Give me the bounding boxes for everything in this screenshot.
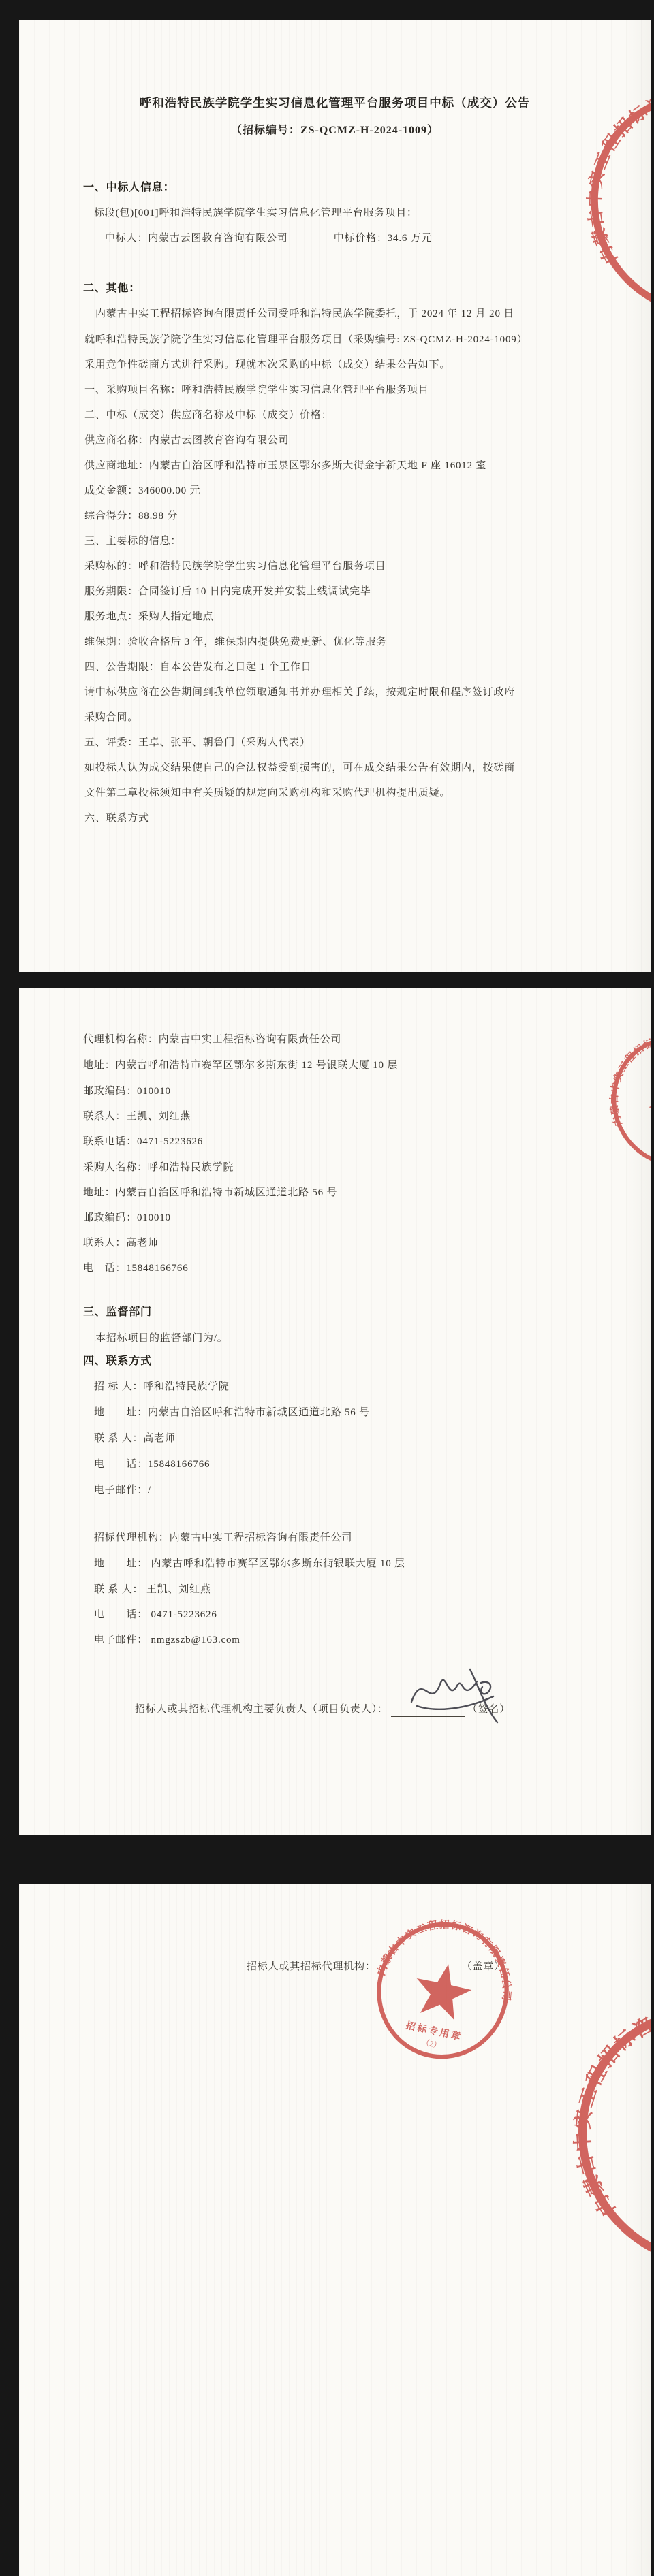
agent-email-line: 电子邮件： nmgzszb@163.com bbox=[94, 1634, 240, 1647]
seal-blank bbox=[379, 1963, 459, 1974]
purchaser-address-line: 地址：内蒙古自治区呼和浩特市新城区通道北路 56 号 bbox=[83, 1187, 337, 1200]
purchaser-contact-line: 联系人：高老师 bbox=[83, 1237, 159, 1251]
supplier-address-line: 供应商地址：内蒙古自治区呼和浩特市玉泉区鄂尔多斯大街金宇新天地 F 座 1601… bbox=[84, 460, 486, 473]
signature-label: 招标人或其招标代理机构主要负责人（项目负责人）： bbox=[135, 1704, 388, 1715]
winner-price: 中标价格：34.6 万元 bbox=[334, 233, 433, 244]
tenderee-email-line: 电子邮件：/ bbox=[94, 1484, 151, 1498]
seal-line: 招标人或其招标代理机构：（盖章） bbox=[247, 1961, 505, 1974]
procurement-target-line: 采购标的：呼和浩特民族学院学生实习信息化管理平台服务项目 bbox=[84, 560, 386, 574]
announcement-title: 呼和浩特民族学院学生实习信息化管理平台服务项目中标（成交）公告 bbox=[19, 94, 651, 111]
agency-contact-line: 联系人：王凯、刘红燕 bbox=[83, 1110, 191, 1124]
agency-address-line: 地址：内蒙古呼和浩特市赛罕区鄂尔多斯东街 12 号银联大厦 10 层 bbox=[83, 1059, 398, 1073]
agent-address-line: 地 址： 内蒙古呼和浩特市赛罕区鄂尔多斯东街银联大厦 10 层 bbox=[94, 1558, 405, 1571]
agent-contact-line: 联 系 人： 王凯、刘红燕 bbox=[94, 1583, 211, 1597]
intro-paragraph-line3: 采用竞争性磋商方式进行采购。现就本次采购的中标（成交）结果公告如下。 bbox=[84, 359, 450, 372]
intro-paragraph-line1: 内蒙古中实工程招标咨询有限责任公司受呼和浩特民族学院委托，于 2024 年 12… bbox=[95, 308, 514, 321]
project-name-line: 一、采购项目名称：呼和浩特民族学院学生实习信息化管理平台服务项目 bbox=[84, 384, 429, 398]
edge-stamp-page1 bbox=[535, 37, 651, 371]
seal-suffix: （盖章） bbox=[462, 1961, 505, 1972]
intro-paragraph-line2: 就呼和浩特民族学院学生实习信息化管理平台服务项目（采购编号: ZS-QCMZ-H… bbox=[84, 334, 527, 347]
winner-name: 中标人：内蒙古云图教育咨询有限公司 bbox=[105, 233, 288, 244]
tender-number-subtitle: （招标编号：ZS-QCMZ-H-2024-1009） bbox=[19, 121, 651, 137]
contact-info-heading: 四、联系方式 bbox=[83, 1355, 152, 1369]
composite-score-line: 综合得分：88.98 分 bbox=[84, 510, 178, 524]
notice-line1: 请中标供应商在公告期间到我单位领取通知书并办理相关手续，按规定时限和程序签订政府 bbox=[84, 686, 515, 700]
signature-scribble bbox=[402, 1662, 511, 1727]
seal-label: 招标人或其招标代理机构： bbox=[247, 1961, 376, 1972]
supervision-dept-heading: 三、监督部门 bbox=[83, 1306, 152, 1320]
section-winner-info-heading: 一、中标人信息： bbox=[83, 181, 174, 195]
document-page-1: 呼和浩特民族学院学生实习信息化管理平台服务项目中标（成交）公告 （招标编号：ZS… bbox=[19, 20, 651, 972]
scanned-announcement-document: { "doc": { "title": "呼和浩特民族学院学生实习信息化管理平台… bbox=[0, 0, 654, 2576]
purchaser-zip-line: 邮政编码：010010 bbox=[83, 1212, 171, 1225]
purchaser-phone-line: 电 话：15848166766 bbox=[83, 1262, 189, 1276]
agency-phone-line: 联系电话：0471-5223626 bbox=[83, 1136, 203, 1149]
contact-heading-line: 六、联系方式 bbox=[84, 812, 149, 826]
supervision-dept-body: 本招标项目的监督部门为/。 bbox=[95, 1332, 228, 1346]
edge-stamp-page3 bbox=[512, 1942, 651, 2334]
edge-stamp-page2 bbox=[583, 1009, 651, 1193]
objection-line2: 文件第二章投标须知中有关质疑的规定向采购机构和采购代理机构提出质疑。 bbox=[84, 787, 450, 801]
agent-phone-line: 电 话： 0471-5223626 bbox=[94, 1609, 217, 1622]
agency-zip-line: 邮政编码：010010 bbox=[83, 1085, 171, 1099]
official-stamp bbox=[357, 1905, 528, 2076]
tenderee-contact-line: 联 系 人：高老师 bbox=[94, 1432, 176, 1446]
notice-line2: 采购合同。 bbox=[84, 711, 138, 725]
tenderee-phone-line: 电 话：15848166766 bbox=[94, 1458, 210, 1472]
document-page-3: 招标人或其招标代理机构：（盖章） bbox=[19, 1884, 651, 2576]
service-term-line: 服务期限：合同签订后 10 日内完成开发并安装上线调试完毕 bbox=[84, 585, 371, 599]
deal-amount-line: 成交金额：346000.00 元 bbox=[84, 485, 200, 498]
warranty-line: 维保期：验收合格后 3 年，维保期内提供免费更新、优化等服务 bbox=[84, 636, 387, 649]
supplier-price-heading-line: 二、中标（成交）供应商名称及中标（成交）价格： bbox=[84, 409, 332, 423]
lot-line: 标段(包)[001]呼和浩特民族学院学生实习信息化管理平台服务项目： bbox=[94, 207, 418, 221]
evaluation-committee-line: 五、评委：王卓、张平、朝鲁门（采购人代表） bbox=[84, 737, 311, 750]
tenderee-address-line: 地 址：内蒙古自治区呼和浩特市新城区通道北路 56 号 bbox=[94, 1406, 370, 1420]
objection-line1: 如投标人认为成交结果使自己的合法权益受到损害的，可在成交结果公告有效期内，按磋商 bbox=[84, 762, 515, 775]
service-place-line: 服务地点：采购人指定地点 bbox=[84, 611, 214, 624]
document-page-2: 代理机构名称：内蒙古中实工程招标咨询有限责任公司 地址：内蒙古呼和浩特市赛罕区鄂… bbox=[19, 988, 651, 1835]
section-other-heading: 二、其他： bbox=[83, 282, 140, 296]
winner-line: 中标人：内蒙古云图教育咨询有限公司 中标价格：34.6 万元 bbox=[105, 232, 432, 246]
purchaser-name-line: 采购人名称：呼和浩特民族学院 bbox=[83, 1161, 234, 1175]
main-subject-heading-line: 三、主要标的信息： bbox=[84, 535, 181, 549]
agent-name-line: 招标代理机构：内蒙古中实工程招标咨询有限责任公司 bbox=[94, 1532, 352, 1545]
agency-name-line: 代理机构名称：内蒙古中实工程招标咨询有限责任公司 bbox=[83, 1033, 341, 1047]
tenderee-name-line: 招 标 人：呼和浩特民族学院 bbox=[94, 1381, 230, 1394]
supplier-name-line: 供应商名称：内蒙古云图教育咨询有限公司 bbox=[84, 434, 289, 448]
announcement-period-line: 四、公告期限：自本公告发布之日起 1 个工作日 bbox=[84, 661, 311, 675]
